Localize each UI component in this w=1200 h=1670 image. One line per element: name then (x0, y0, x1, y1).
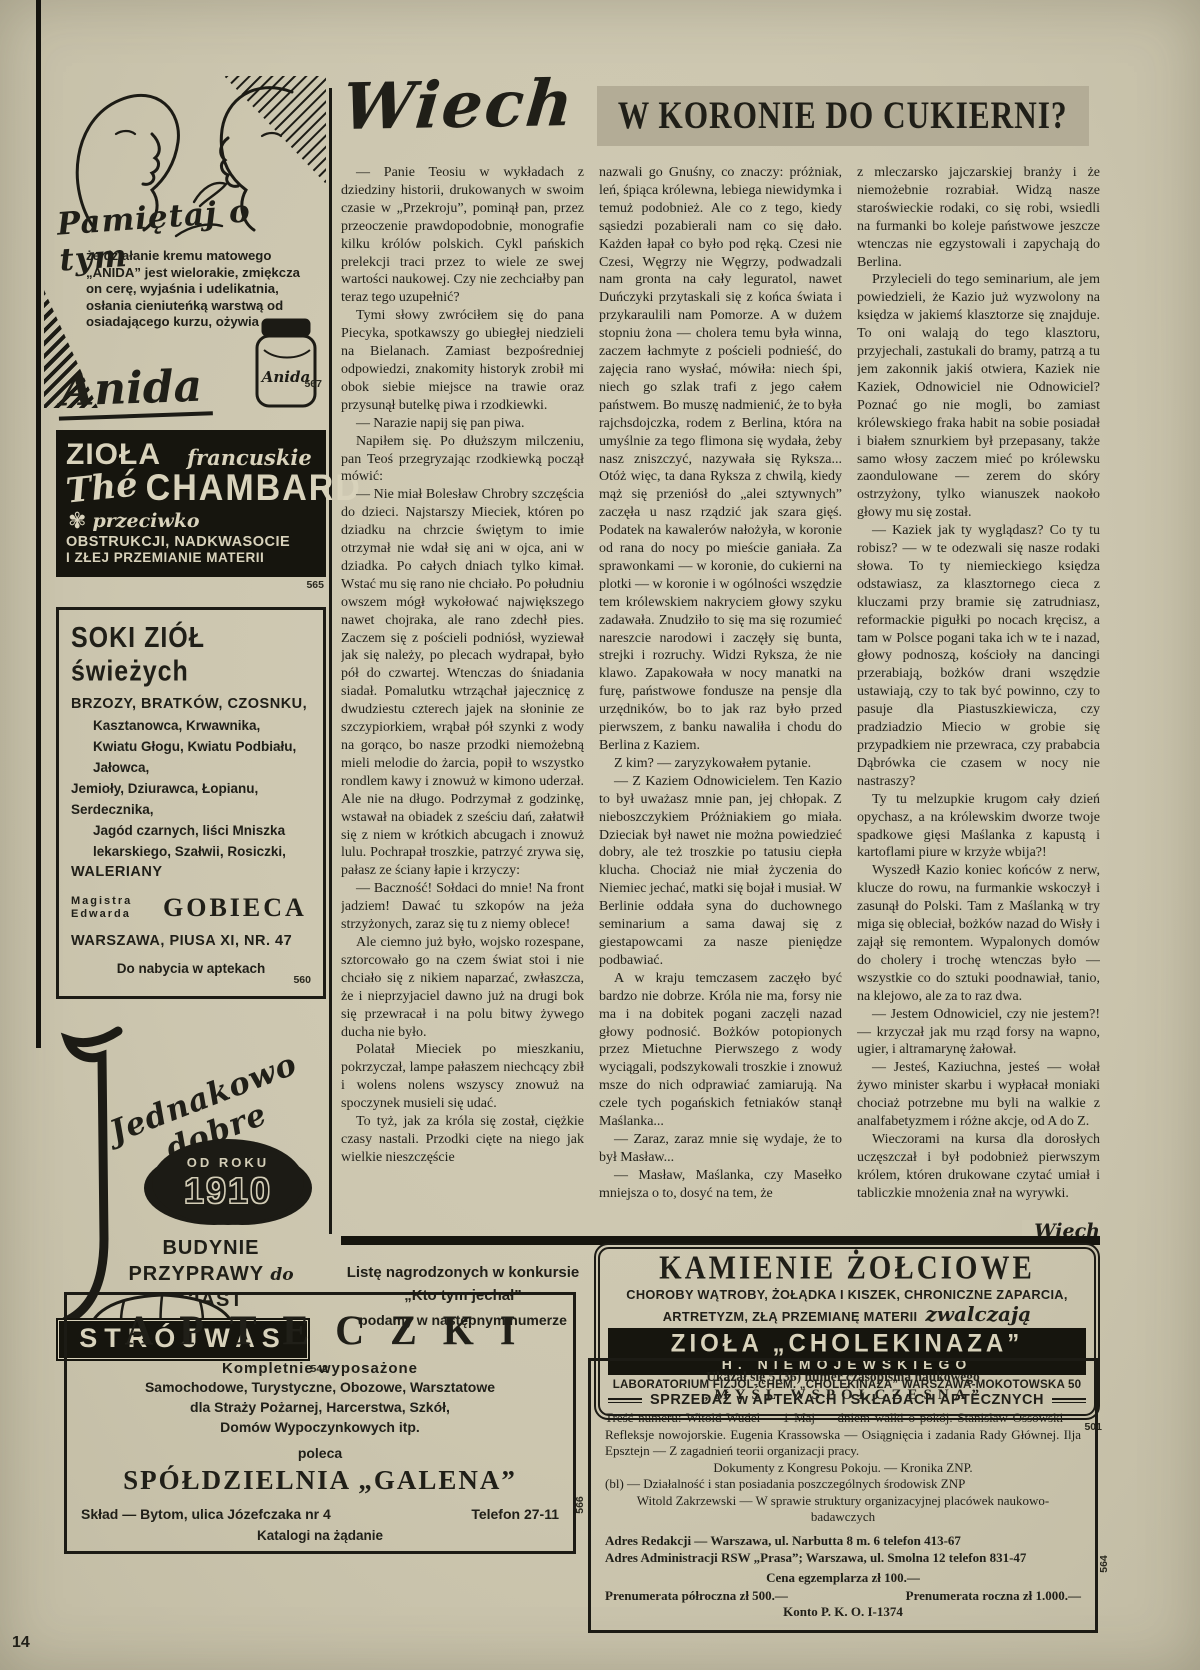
ad-apteczki: APTECZKI Kompletnie wyposażone Samochodo… (64, 1292, 576, 1554)
article-paragraph: — Nie miał Bolesław Chrobry szczęścia do… (341, 486, 584, 880)
scan-edge-line (36, 0, 41, 1048)
author-logo: Wiech (340, 66, 578, 145)
badge-year: 1910 (152, 1170, 304, 1212)
ad-chambard-line2: I ZŁEJ PRZEMIANIE MATERII (66, 550, 316, 565)
ad-apteczki-address: Skład — Bytom, ulica Józefczaka nr 4 (81, 1506, 331, 1522)
ad-anida-brand-script: Anida (57, 360, 213, 420)
article-paragraph: Polatał Mieciek po mieszkaniu, pokrzycza… (341, 1041, 584, 1113)
list-line: Kwiatu Głogu, Kwiatu Podbiału, Jałowca, (71, 736, 311, 778)
ad-anida-cream: Pamiętaj o tym że działanie kremu matowe… (56, 76, 326, 414)
article-column-3: z mleczarsko jajczarskiej branży i że ni… (857, 164, 1100, 1242)
ad-strojwas-product1: BUDYNIE (96, 1235, 326, 1261)
newspaper-page: 14 (0, 0, 1200, 1670)
ad-ref-number: 566 (574, 1496, 586, 1514)
ad-ref-number: 564 (1098, 1555, 1110, 1573)
ad-chambard-herbs: ZIOŁA francuskie Thé CHAMBARD ✾ przeciwk… (56, 430, 326, 577)
ad-apteczki-body1: Samochodowe, Turystyczne, Obozowe, Warsz… (81, 1377, 559, 1397)
mysl-price: Cena egzemplarza zł 100.— (605, 1570, 1081, 1586)
ad-cholekinaza-bar-title: ZIOŁA „CHOLEKINAZA” (608, 1329, 1086, 1358)
flower-icon: ✾ (68, 511, 86, 531)
mysl-address2: Adres Administracji RSW „Prasa”; Warszaw… (605, 1549, 1081, 1566)
list-line: Witold Zakrzewski — W sprawie struktury … (605, 1493, 1081, 1526)
badge-od-roku: OD ROKU (152, 1155, 304, 1170)
mysl-intro: Ukazał się 5 (36) numer czasopisma nauko… (605, 1369, 1081, 1385)
list-line: WALERIANY (71, 862, 311, 883)
list-line: Jagód czarnych, liści Mniszka lekarskieg… (71, 820, 311, 862)
list-line: Jemioły, Dziurawca, Łopianu, Serdecznika… (71, 778, 311, 820)
ad-cholekinaza-body1: CHOROBY WĄTROBY, ŻOŁĄDKA I KISZEK, CHRON… (608, 1287, 1086, 1302)
mysl-sub-year: Prenumerata roczna zł 1.000.— (906, 1588, 1081, 1604)
article-paragraph: Przylecieli do tego seminarium, ale jem … (857, 271, 1100, 522)
article-paragraph: — Z Kaziem Odnowicielem. Ten Kazio to by… (599, 773, 842, 970)
svg-text:Anida: Anida (260, 368, 310, 386)
ad-cholekinaza-body2: ARTRETYZM, ZŁĄ PRZEMIANĘ MATERII (663, 1309, 918, 1324)
page-number: 14 (12, 1634, 30, 1652)
mysl-contents: Treść numeru: Witold Wudel — 1 Maj — dni… (605, 1410, 1081, 1526)
list-line: Treść numeru: Witold Wudel — 1 Maj — dni… (605, 1410, 1081, 1460)
article-paragraph: — Narazie napij się pan piwa. (341, 415, 584, 433)
article-paragraph: Wyszedł Kazio koniec końców z nerw, kluc… (857, 862, 1100, 1005)
article-paragraph: Ty tu melzupkie krugom cały dzień opycha… (857, 791, 1100, 863)
ad-apteczki-body3: Domów Wypoczynkowych itp. (81, 1417, 559, 1437)
article-title-band: W KORONIE DO CUKIERNI? (597, 86, 1089, 146)
article-paragraph: — Zaraz, zaraz mnie się wydaje, że to by… (599, 1131, 842, 1167)
ad-apteczki-title: APTECZKI (81, 1306, 559, 1355)
ad-chambard-box: ZIOŁA francuskie Thé CHAMBARD ✾ przeciwk… (56, 430, 326, 577)
article-paragraph: Tymi słowy zwróciłem się do pana Piecyka… (341, 307, 584, 414)
ad-chambard-line1: OBSTRUKCJI, NADKWASOCIE (66, 534, 316, 550)
ad-soki-address: WARSZAWA, PIUSA XI, NR. 47 (71, 933, 311, 949)
article-column-2: nazwali go Gnuśny, co znaczy: próżniak, … (599, 164, 842, 1242)
feuilleton-article: Wiech W KORONIE DO CUKIERNI? — Panie Teo… (341, 84, 1101, 1242)
article-paragraph: — Jesteś, Kaziuchna, jesteś — wołał żywo… (857, 1059, 1100, 1131)
ad-apteczki-sub: Kompletnie wyposażone (81, 1360, 559, 1377)
mysl-sub-half-year: Prenumerata półroczna zł 500.— (605, 1588, 788, 1604)
article-title: W KORONIE DO CUKIERNI? (618, 94, 1068, 138)
product2-script: do (270, 1265, 293, 1285)
ad-apteczki-company: SPÓŁDZIELNIA „GALENA” (81, 1465, 559, 1496)
article-paragraph: Napiłem się. Po dłuższym milczeniu, pan … (341, 433, 584, 487)
article-paragraph: — Panie Teosiu w wykładach z dziedziny h… (341, 164, 584, 307)
article-column-1: — Panie Teosiu w wykładach z dziedziny h… (341, 164, 584, 1242)
cream-jar-icon: Anida (246, 316, 328, 412)
ad-ref-number: 565 (306, 579, 324, 591)
mysl-address1: Adres Redakcji — Warszawa, ul. Narbutta … (605, 1532, 1081, 1549)
ad-cholekinaza-script: zwalczają (925, 1302, 1031, 1326)
article-paragraph: — Masław, Maślanka, czy Masełko mniejsza… (599, 1167, 842, 1203)
left-ads-column: Pamiętaj o tym że działanie kremu matowe… (56, 76, 326, 1367)
article-columns: — Panie Teosiu w wykładach z dziedziny h… (341, 164, 1101, 1242)
ad-chambard-przeciwko: przeciwko (92, 510, 199, 532)
ad-apteczki-phone: Telefon 27-11 (471, 1506, 559, 1522)
article-paragraph: Z kim? — zaryzykowałem pytanie. (599, 755, 842, 773)
ad-soki-name: GOBIECA (163, 893, 307, 923)
mysl-account: Konto P. K. O. I-1374 (605, 1604, 1081, 1620)
list-line: BRZOZY, BRATKÓW, CZOSNKU, (71, 694, 311, 715)
mysl-title: „MYŚL WSPÓŁCZESNA” (605, 1387, 1081, 1404)
notice-mysl-wspolczesna: Ukazał się 5 (36) numer czasopisma nauko… (588, 1358, 1098, 1633)
ad-ref-number: 567 (304, 378, 322, 390)
ad-apteczki-address-row: Skład — Bytom, ulica Józefczaka nr 4 Tel… (81, 1506, 559, 1522)
ad-soki-ziol: SOKI ZIÓŁ świeżych BRZOZY, BRATKÓW, CZOS… (56, 607, 326, 999)
list-line: (bl) — Działalność i stan posiadania pos… (605, 1476, 1081, 1493)
ad-cholekinaza-title: KAMIENIE ŻOŁCIOWE (608, 1250, 1086, 1288)
ad-soki-title: SOKI ZIÓŁ świeżych (71, 622, 311, 689)
column-divider-rule (329, 88, 332, 1234)
article-paragraph: Ale ciemno już było, wojsko rozespane, s… (341, 934, 584, 1041)
ad-apteczki-body2: dla Straży Pożarnej, Harcerstwa, Szkół, (81, 1397, 559, 1417)
contest-line1: Listę nagrodzonych w konkursie (344, 1264, 582, 1281)
mysl-subscription-row: Prenumerata półroczna zł 500.— Prenumera… (605, 1588, 1081, 1604)
article-header: Wiech W KORONIE DO CUKIERNI? (341, 84, 1101, 164)
article-paragraph: — Kaziek jak ty wyglądasz? Co ty tu robi… (857, 522, 1100, 791)
article-paragraph: — Jestem Odnowiciel, czy nie jestem?! — … (857, 1006, 1100, 1060)
ad-soki-magistra: Magistra Edwarda (71, 895, 163, 921)
article-paragraph: nazwali go Gnuśny, co znaczy: próżniak, … (599, 164, 842, 755)
list-line: Kasztanowca, Krwawnika, (71, 715, 311, 736)
article-paragraph: To tyż, jak za króla się został, ciężkie… (341, 1113, 584, 1167)
ad-soki-herb-list: BRZOZY, BRATKÓW, CZOSNKU,Kasztanowca, Kr… (71, 694, 311, 883)
article-paragraph: A w kraju temczasem zaczęło być bardzo n… (599, 970, 842, 1131)
ad-chambard-the: Thé (64, 464, 139, 511)
list-line: Dokumenty z Kongresu Pokoju. — Kronika Z… (605, 1460, 1081, 1477)
ad-chambard-name: CHAMBARD (146, 467, 362, 510)
laurel-badge-1910: OD ROKU 1910 (152, 1139, 304, 1225)
ad-apteczki-poleca: poleca (81, 1445, 559, 1461)
ad-apteczki-catalog: Katalogi na żądanie (81, 1528, 559, 1543)
article-paragraph: Wieczorami na kursa dla dorosłych uczęsz… (857, 1131, 1100, 1203)
article-paragraph: z mleczarsko jajczarskiej branży i że ni… (857, 164, 1100, 271)
article-paragraph: — Baczność! Sołdaci do mnie! Na front ja… (341, 880, 584, 934)
